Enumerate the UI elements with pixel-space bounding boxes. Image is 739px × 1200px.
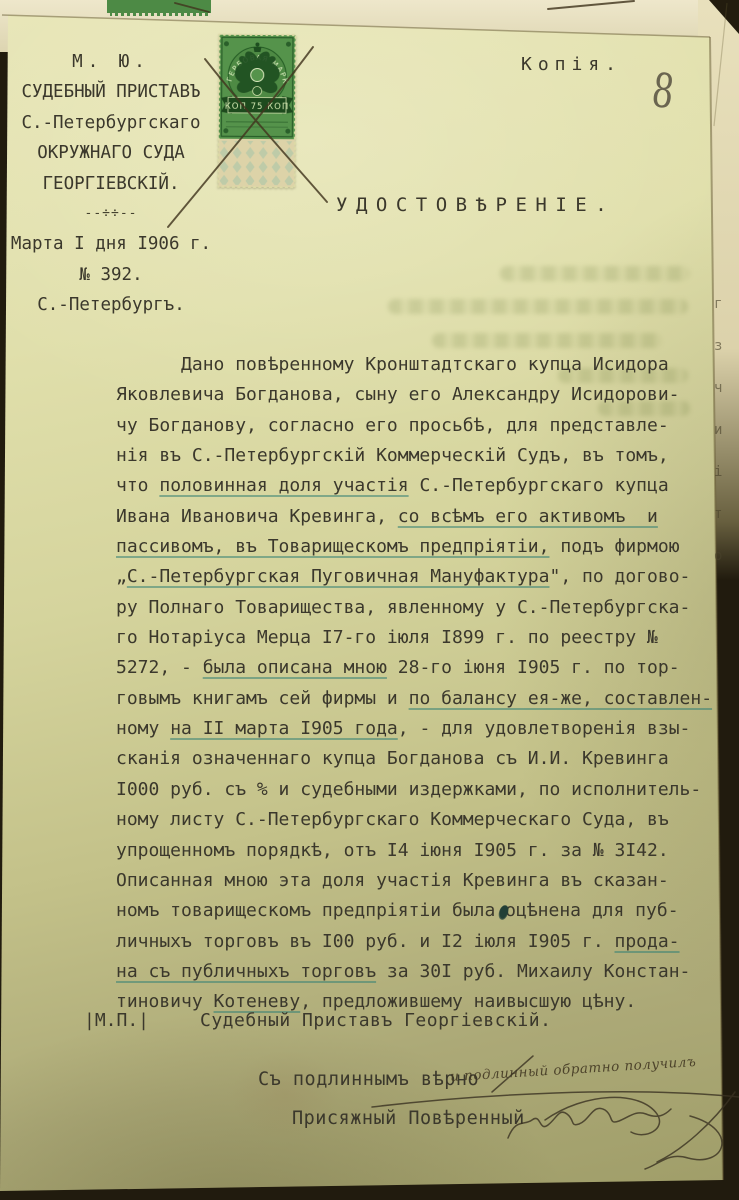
attorney-title-line: Присяжный Повѣренный	[292, 1108, 525, 1129]
underpage-text-fragment: г	[714, 296, 722, 312]
body-text-line: 5272, - была описана мною 28-го іюня I90…	[116, 653, 712, 683]
body-text-line: сканія означеннаго купца Богданова съ И.…	[116, 744, 712, 774]
body-text-line: Дано повѣренному Кронштадтскаго купца Ис…	[116, 350, 712, 380]
document-photo: М. Ю.СУДЕБНЫЙ ПРИСТАВЪС.-ПетербургскагоО…	[0, 0, 739, 1200]
body-text-line: Описанная мною эта доля участія Кревинга…	[116, 866, 712, 896]
body-text-line: I000 руб. съ % и судебными издержками, п…	[116, 775, 712, 805]
body-text-line: Яковлевича Богданова, сыну его Александр…	[116, 380, 712, 410]
document-title: УДОСТОВѢРЕНІЕ.	[336, 194, 615, 216]
bleed-through-text	[500, 266, 690, 281]
letterhead-line: М. Ю.	[6, 47, 216, 77]
bleed-through-text	[388, 299, 688, 314]
letterhead-line: ГЕОРГІЕВСКІЙ.	[6, 169, 216, 199]
underpage-text-fragment: і	[714, 464, 722, 480]
body-text-line: пассивомъ, въ Товарищескомъ предпріятіи,…	[116, 532, 712, 562]
body-text-line: говымъ книгамъ сей фирмы и по балансу ея…	[116, 684, 712, 714]
seal-place-mark: |М.П.|	[84, 1010, 149, 1031]
underpage-text-fragment: т	[714, 506, 722, 522]
bleed-through-text	[432, 333, 662, 348]
body-text-line: личныхъ торговъ въ I00 руб. и I2 іюля I9…	[116, 927, 712, 957]
body-text-line: что половинная доля участія С.-Петербург…	[116, 471, 712, 501]
letterhead-line: --÷÷--	[6, 199, 216, 229]
body-text-line: Ивана Ивановича Кревинга, со всѣмъ его а…	[116, 502, 712, 532]
letterhead-line: № 392.	[6, 260, 216, 290]
body-text-line: упрощенномъ порядкѣ, отъ I4 іюня I905 г.…	[116, 836, 712, 866]
stamp-value-text: КОП 75 КОП	[225, 102, 290, 112]
body-text-line: го Нотаріуса Мерца I7-го іюля I899 г. по…	[116, 623, 712, 653]
underpage-text-fragment: и	[714, 422, 722, 438]
letterhead-line: С.-Петербургъ.	[6, 290, 216, 320]
letterhead: М. Ю.СУДЕБНЫЙ ПРИСТАВЪС.-ПетербургскагоО…	[6, 47, 216, 321]
body-text-line: номъ товарищескомъ предпріятіи была оцѣн…	[116, 896, 712, 926]
body-text-line: „С.-Петербургская Пуговичная Мануфактура…	[116, 562, 712, 592]
bailiff-signature-line: Судебный Приставъ Георгіевскій.	[200, 1010, 551, 1031]
body-text-line: на съ публичныхъ торговъ за 30I руб. Мих…	[116, 957, 712, 987]
body-text-line: ному листу С.-Петербургскаго Коммерческа…	[116, 805, 712, 835]
letterhead-line: ОКРУЖНАГО СУДА	[6, 138, 216, 168]
body-text-line: ному на II марта I905 года, - для удовле…	[116, 714, 712, 744]
underpage-text-fragment: з	[714, 338, 722, 354]
ink-blot	[497, 904, 509, 921]
underpage-text-fragment: ч	[714, 380, 722, 396]
underpage-text-fragment: о	[714, 548, 722, 564]
stamp-fragment-previous-page	[107, 0, 211, 16]
body-text-line: ру Полнаго Товарищества, явленному у С.-…	[116, 593, 712, 623]
revenue-stamp: ГЕРБОВАЯ МАРКА КОП 75 КОП	[217, 34, 296, 189]
certification-line: Съ подлиннымъ вѣрно	[258, 1069, 479, 1090]
copy-label: Копія.	[521, 54, 622, 75]
body-text-line: чу Богданову, согласно его просьбѣ, для …	[116, 411, 712, 441]
letterhead-line: Марта I дня I906 г.	[6, 229, 216, 259]
body-text: Дано повѣренному Кронштадтскаго купца Ис…	[116, 350, 712, 1018]
body-text-line: нія въ С.-Петербургскій Коммерческій Суд…	[116, 441, 712, 471]
letterhead-line: СУДЕБНЫЙ ПРИСТАВЪ	[6, 77, 216, 107]
letterhead-line: С.-Петербургскаго	[6, 108, 216, 138]
